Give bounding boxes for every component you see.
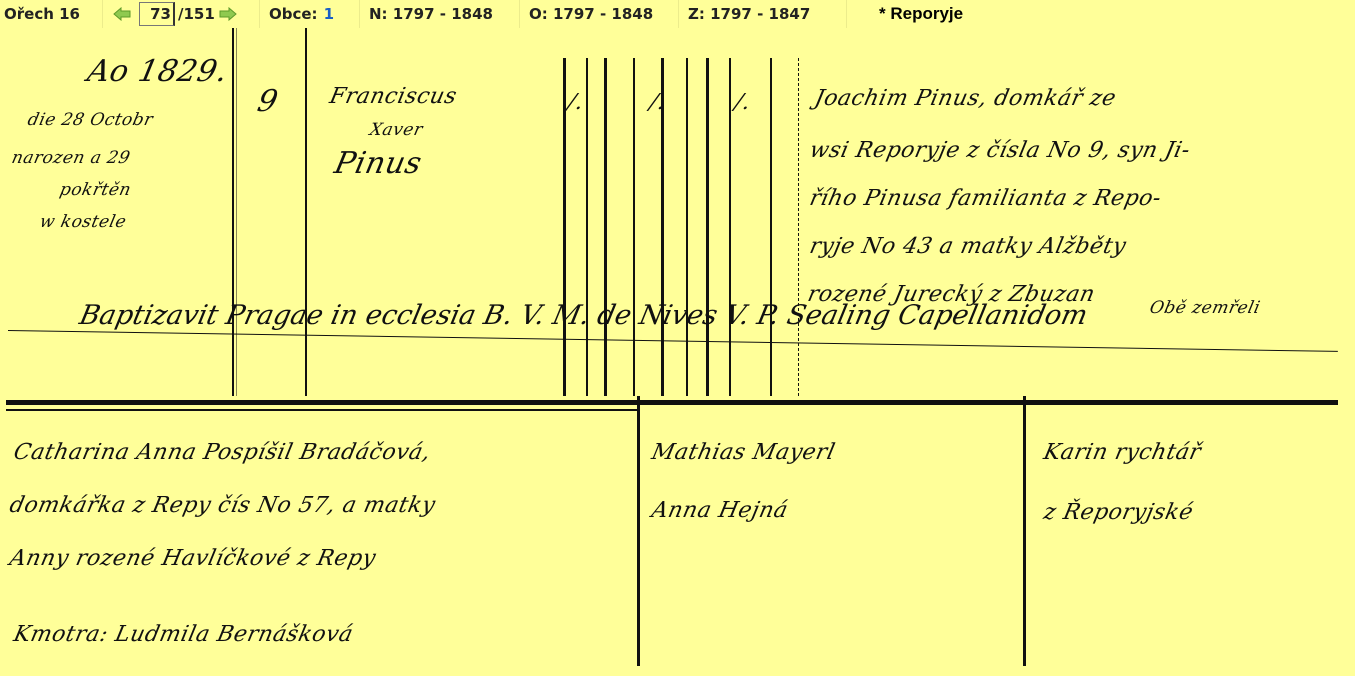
register-scan-image[interactable]: Ao 1829. die 28 Octobr narozen a 29 pokř…: [0, 28, 1355, 676]
page-number-input[interactable]: [139, 2, 175, 26]
viewer-toolbar: Ořech 16 /151 Obce: 1 N: 1797 - 1848 O: …: [0, 0, 1355, 28]
rule: [586, 58, 588, 396]
rule: [232, 28, 234, 396]
tally-mark: /.: [565, 90, 586, 115]
obce-cell: Obce: 1: [260, 0, 360, 28]
mother-line: Kmotra: Ludmila Bernášková: [11, 622, 355, 647]
rule: [6, 409, 638, 411]
marriages-range: O: 1797 - 1848: [529, 5, 653, 23]
entry-date-line: narozen a 29: [10, 148, 132, 168]
place-cell: * Reporyje: [847, 0, 972, 28]
tally-mark: /.: [647, 90, 668, 115]
arrow-left-icon[interactable]: [113, 7, 131, 21]
rule: [604, 58, 607, 396]
baptism-line: Baptizavit Pragae in ecclesia B. V. M. d…: [77, 300, 1091, 331]
deaths-range-cell: Z: 1797 - 1847: [679, 0, 847, 28]
mother-line: domkářka z Repy čís No 57, a matky: [7, 493, 437, 518]
mother-line: Anny rozené Havlíčkové z Repy: [7, 546, 378, 571]
place-name: * Reporyje: [879, 4, 963, 24]
rule: [6, 400, 1338, 405]
rule: [633, 58, 635, 396]
parents-line: ryje No 43 a matky Alžběty: [807, 234, 1128, 259]
deaths-range: Z: 1797 - 1847: [688, 5, 810, 23]
marriages-range-cell: O: 1797 - 1848: [520, 0, 679, 28]
child-name-line: Xaver: [368, 120, 425, 140]
entry-date-line: die 28 Octobr: [26, 110, 155, 130]
parents-line: wsi Reporyje z čísla No 9, syn Ji-: [807, 138, 1192, 163]
child-name-line: Pinus: [331, 146, 425, 181]
book-title-cell: Ořech 16: [0, 0, 103, 28]
rule: [706, 58, 709, 396]
parents-line: řího Pinusa familianta z Repo-: [807, 186, 1163, 211]
godparent-line: Mathias Mayerl: [649, 440, 837, 465]
rule: [729, 58, 731, 396]
rule: [1023, 396, 1026, 666]
godparent-line: Anna Hejná: [649, 498, 790, 523]
remarks-line: Karin rychtář: [1041, 440, 1203, 465]
parents-line: Joachim Pinus, domkář ze: [812, 86, 1118, 111]
rule: [305, 28, 307, 396]
arrow-right-icon[interactable]: [219, 7, 237, 21]
births-range-cell: N: 1797 - 1848: [360, 0, 520, 28]
entry-date-line: w kostele: [38, 212, 128, 232]
entry-year: Ao 1829.: [84, 54, 231, 89]
tally-mark: /.: [732, 90, 753, 115]
births-range: N: 1797 - 1848: [369, 5, 493, 23]
annotation: Obě zemřeli: [1148, 298, 1262, 318]
rule: [236, 28, 237, 396]
obce-label: Obce:: [269, 5, 318, 23]
house-number: 9: [254, 84, 281, 119]
obce-count-link[interactable]: 1: [324, 5, 334, 23]
child-name-line: Franciscus: [327, 84, 459, 109]
rule: [686, 58, 688, 396]
total-pages: /151: [178, 5, 215, 23]
rule: [637, 396, 640, 666]
book-title: Ořech 16: [4, 5, 80, 23]
mother-line: Catharina Anna Pospíšil Bradáčová,: [11, 440, 433, 465]
remarks-line: z Řeporyjské: [1041, 500, 1195, 525]
rule: [8, 330, 1338, 352]
rule: [798, 58, 799, 396]
rule: [770, 58, 772, 396]
page-navigation: /151: [103, 0, 260, 28]
entry-date-line: pokřtěn: [58, 180, 133, 200]
